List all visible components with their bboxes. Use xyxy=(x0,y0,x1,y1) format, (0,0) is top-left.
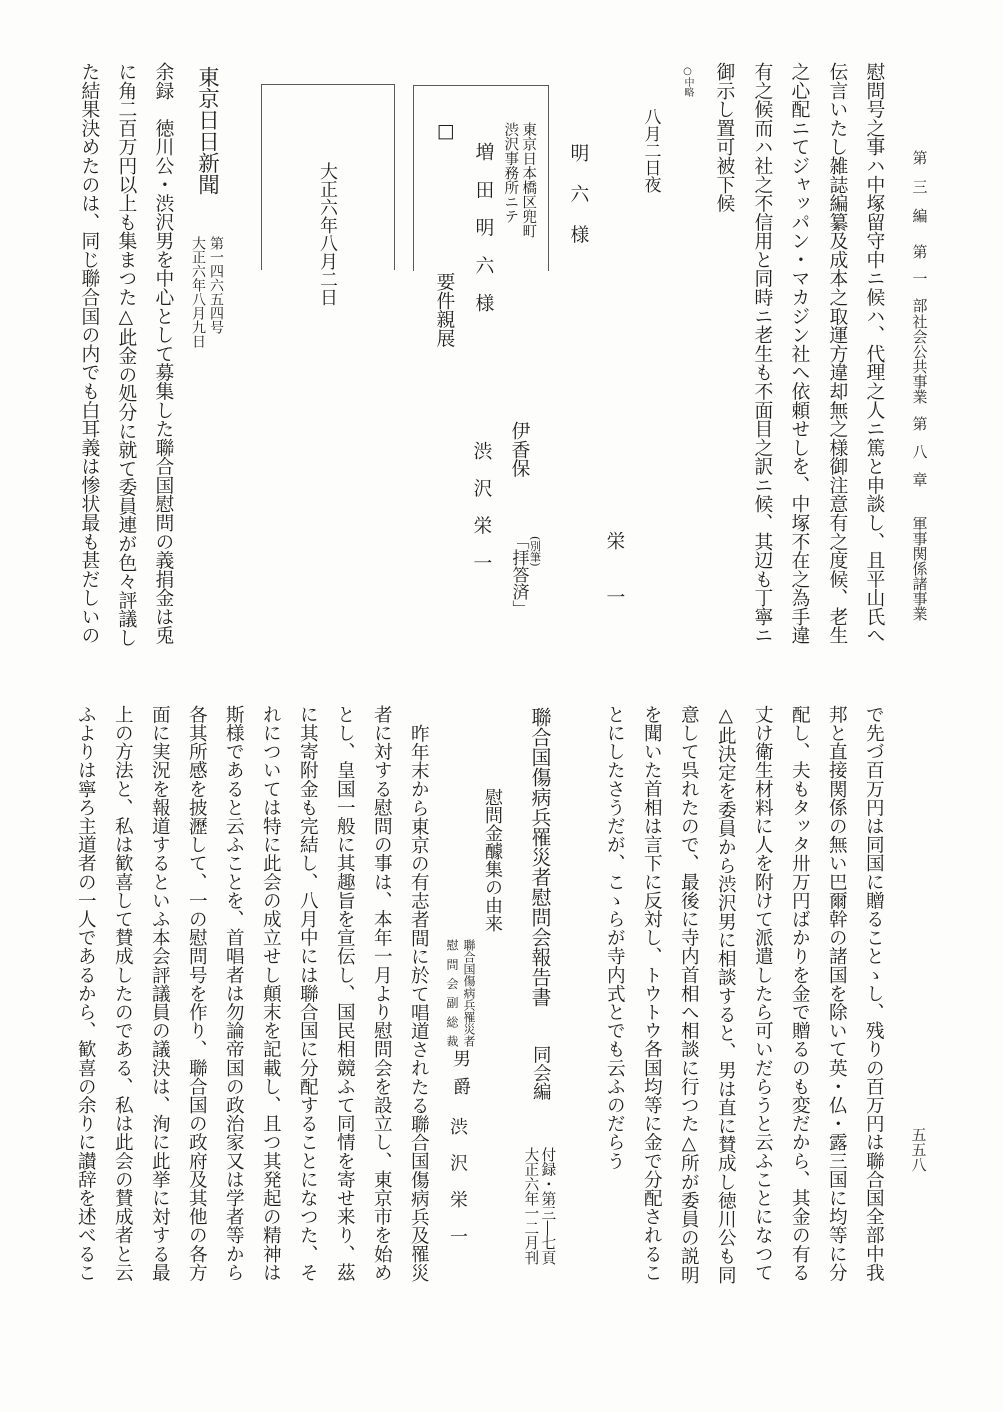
newspaper-line: で先づ百万円は同国に贈ることゝし、残りの百万円は聯合国全部中我 xyxy=(864,705,883,1282)
address-line: 東京日本橋区兜町 xyxy=(521,122,536,238)
page-number: 五五八 xyxy=(911,1127,926,1172)
omission-mark: ○中略 xyxy=(682,66,692,97)
author-role: 慰問会副総裁 xyxy=(446,939,458,1054)
report-published: 大正六年一二月刊 xyxy=(523,1147,538,1265)
letter-line: 有之候而ハ社之不信用と同時ニ老生も不面目之訳ニ候、其辺も丁寧ニ xyxy=(752,62,771,645)
report-line: に其寄附金も完結し、八月中には聯合国に分配することになつた、そ xyxy=(298,705,317,1282)
document-page: 第三編 第一部 社会公共事業 第八章 軍事関係諸事業 五五八 慰問号之事ハ中塚留… xyxy=(0,0,1003,1412)
report-line: 面に実況を報道するといふ本会評議員の議決は、洵に此挙に対する最 xyxy=(150,705,169,1282)
author-rank: 男爵 xyxy=(451,1049,469,1105)
letter-signature: 栄一 xyxy=(604,531,623,643)
postmark-date: 大正六年八月二日 xyxy=(318,162,336,306)
newspaper-line: を聞いた首相は言下に反対し、トウトウ各国均等に金で分配されるこ xyxy=(642,705,661,1282)
letter-addressee: 明六様 xyxy=(568,143,587,265)
letter-date: 八月二日夜 xyxy=(642,108,659,193)
header-section-title: 社会公共事業 xyxy=(912,314,927,404)
newspaper-line: △此決定を委員から渋沢男に相談すると、男は直に賛成し徳川公も同 xyxy=(716,705,735,1284)
report-source-ref: 付録・第三―七頁 xyxy=(540,1147,555,1265)
header-chapter: 第八章 xyxy=(912,416,927,500)
newspaper-line: とにしたさうだが、こゝらが寺内式とでも云ふのだらう xyxy=(605,705,624,1170)
report-editor: 同会編 xyxy=(531,1045,550,1101)
address-line: 渋沢事務所ニテ xyxy=(503,122,518,224)
newspaper-line: 配し、夫もタッタ卅万円ばかりを金で贈るのも変だから、其金の有る xyxy=(790,705,809,1282)
report-line: 昨年末から東京の有志者間に於て唱道されたる聯合国傷病兵及罹災 xyxy=(409,705,428,1282)
envelope-location: 伊香保 xyxy=(509,421,528,477)
report-line: 各其所感を披瀝して、一の慰問号を作り、聯合国の政府及其他の各方 xyxy=(187,705,206,1282)
newspaper-line: 余録 徳川公・渋沢男を中心として募集した聯合国慰問の義捐金は兎 xyxy=(153,62,172,645)
report-line: 者に対する慰問の事は、本年一月より慰問会を設立し、東京市を始め xyxy=(372,705,391,1282)
envelope-sender: 渋沢栄一 xyxy=(471,441,490,590)
report-line: 上の方法と、私は歓喜して賛成したのである、私は此会の賛成者と云 xyxy=(113,705,132,1282)
newspaper-line: 邦と直接関係の無い巴爾幹の諸国を除いて英・仏・露三国に均等に分 xyxy=(827,705,846,1282)
letter-line: 伝言いたし雑誌編纂及成本之取運方違却無之様御注意有之度候、老生 xyxy=(827,62,846,645)
annotation-note: (別筆) xyxy=(530,536,541,567)
author-name: 渋沢栄一 xyxy=(448,1117,466,1264)
header-chapter-title: 軍事関係諸事業 xyxy=(912,516,927,621)
report-line: とし、皇国一般に其趣旨を宣伝し、国民相競ふて同情を寄せ来り、茲 xyxy=(335,705,354,1282)
annotation: 「拝答済」 xyxy=(510,532,527,617)
header-section: 第一部 xyxy=(912,244,927,325)
newspaper-line: た結果決めたのは、同じ聯合国の内でも白耳義は惨状最も甚だしいの xyxy=(79,62,98,645)
newspaper-title: 東京日日新聞 xyxy=(196,66,218,195)
header-part: 第三編 xyxy=(912,150,927,237)
newspaper-line: 意して呉れたので、最後に寺内首相へ相談に行つた△所が委員の説明 xyxy=(679,705,698,1284)
report-title: 聯合国傷病兵罹災者慰問会報告書 xyxy=(530,707,550,1007)
envelope-handling: 要件親展 xyxy=(434,272,453,347)
report-line: れについては特に此会の成立せし顛末を記載し、且つ其発起の精神は xyxy=(261,705,280,1282)
envelope-mark: □ xyxy=(436,121,455,142)
report-section-title: 慰問金醵集の由来 xyxy=(483,788,501,932)
newspaper-issue-date: 大正六年八月九日 xyxy=(191,236,205,348)
newspaper-line: に角二百万円以上も集まつた△此金の処分に就て委員連が色々評議し xyxy=(116,62,135,647)
author-org: 聯合国傷病兵罹災者 xyxy=(463,939,475,1047)
report-line: 斯様であると云ふことを、首唱者は勿論帝国の政治家又は学者等から xyxy=(224,705,243,1282)
newspaper-issue-number: 第一四六五四号 xyxy=(209,236,223,334)
report-line: ふよりは寧ろ主道者の一人であるから、歓喜の余りに讃辞を述べるこ xyxy=(76,705,95,1282)
letter-line: 之心配ニてジャッパン・マカジン社へ依頼せしを、中塚不在之為手違 xyxy=(789,62,808,645)
letter-line: 慰問号之事ハ中塚留守中ニ候ハ、代理之人ニ篤と申談し、且平山氏へ xyxy=(864,62,883,645)
newspaper-line: 丈け衛生材料に人を附けて派遣したら可いだらうと云ふことになつて xyxy=(753,705,772,1282)
envelope-recipient: 増田明六様 xyxy=(473,142,492,331)
letter-line: 御示し置可被下候 xyxy=(714,62,733,212)
